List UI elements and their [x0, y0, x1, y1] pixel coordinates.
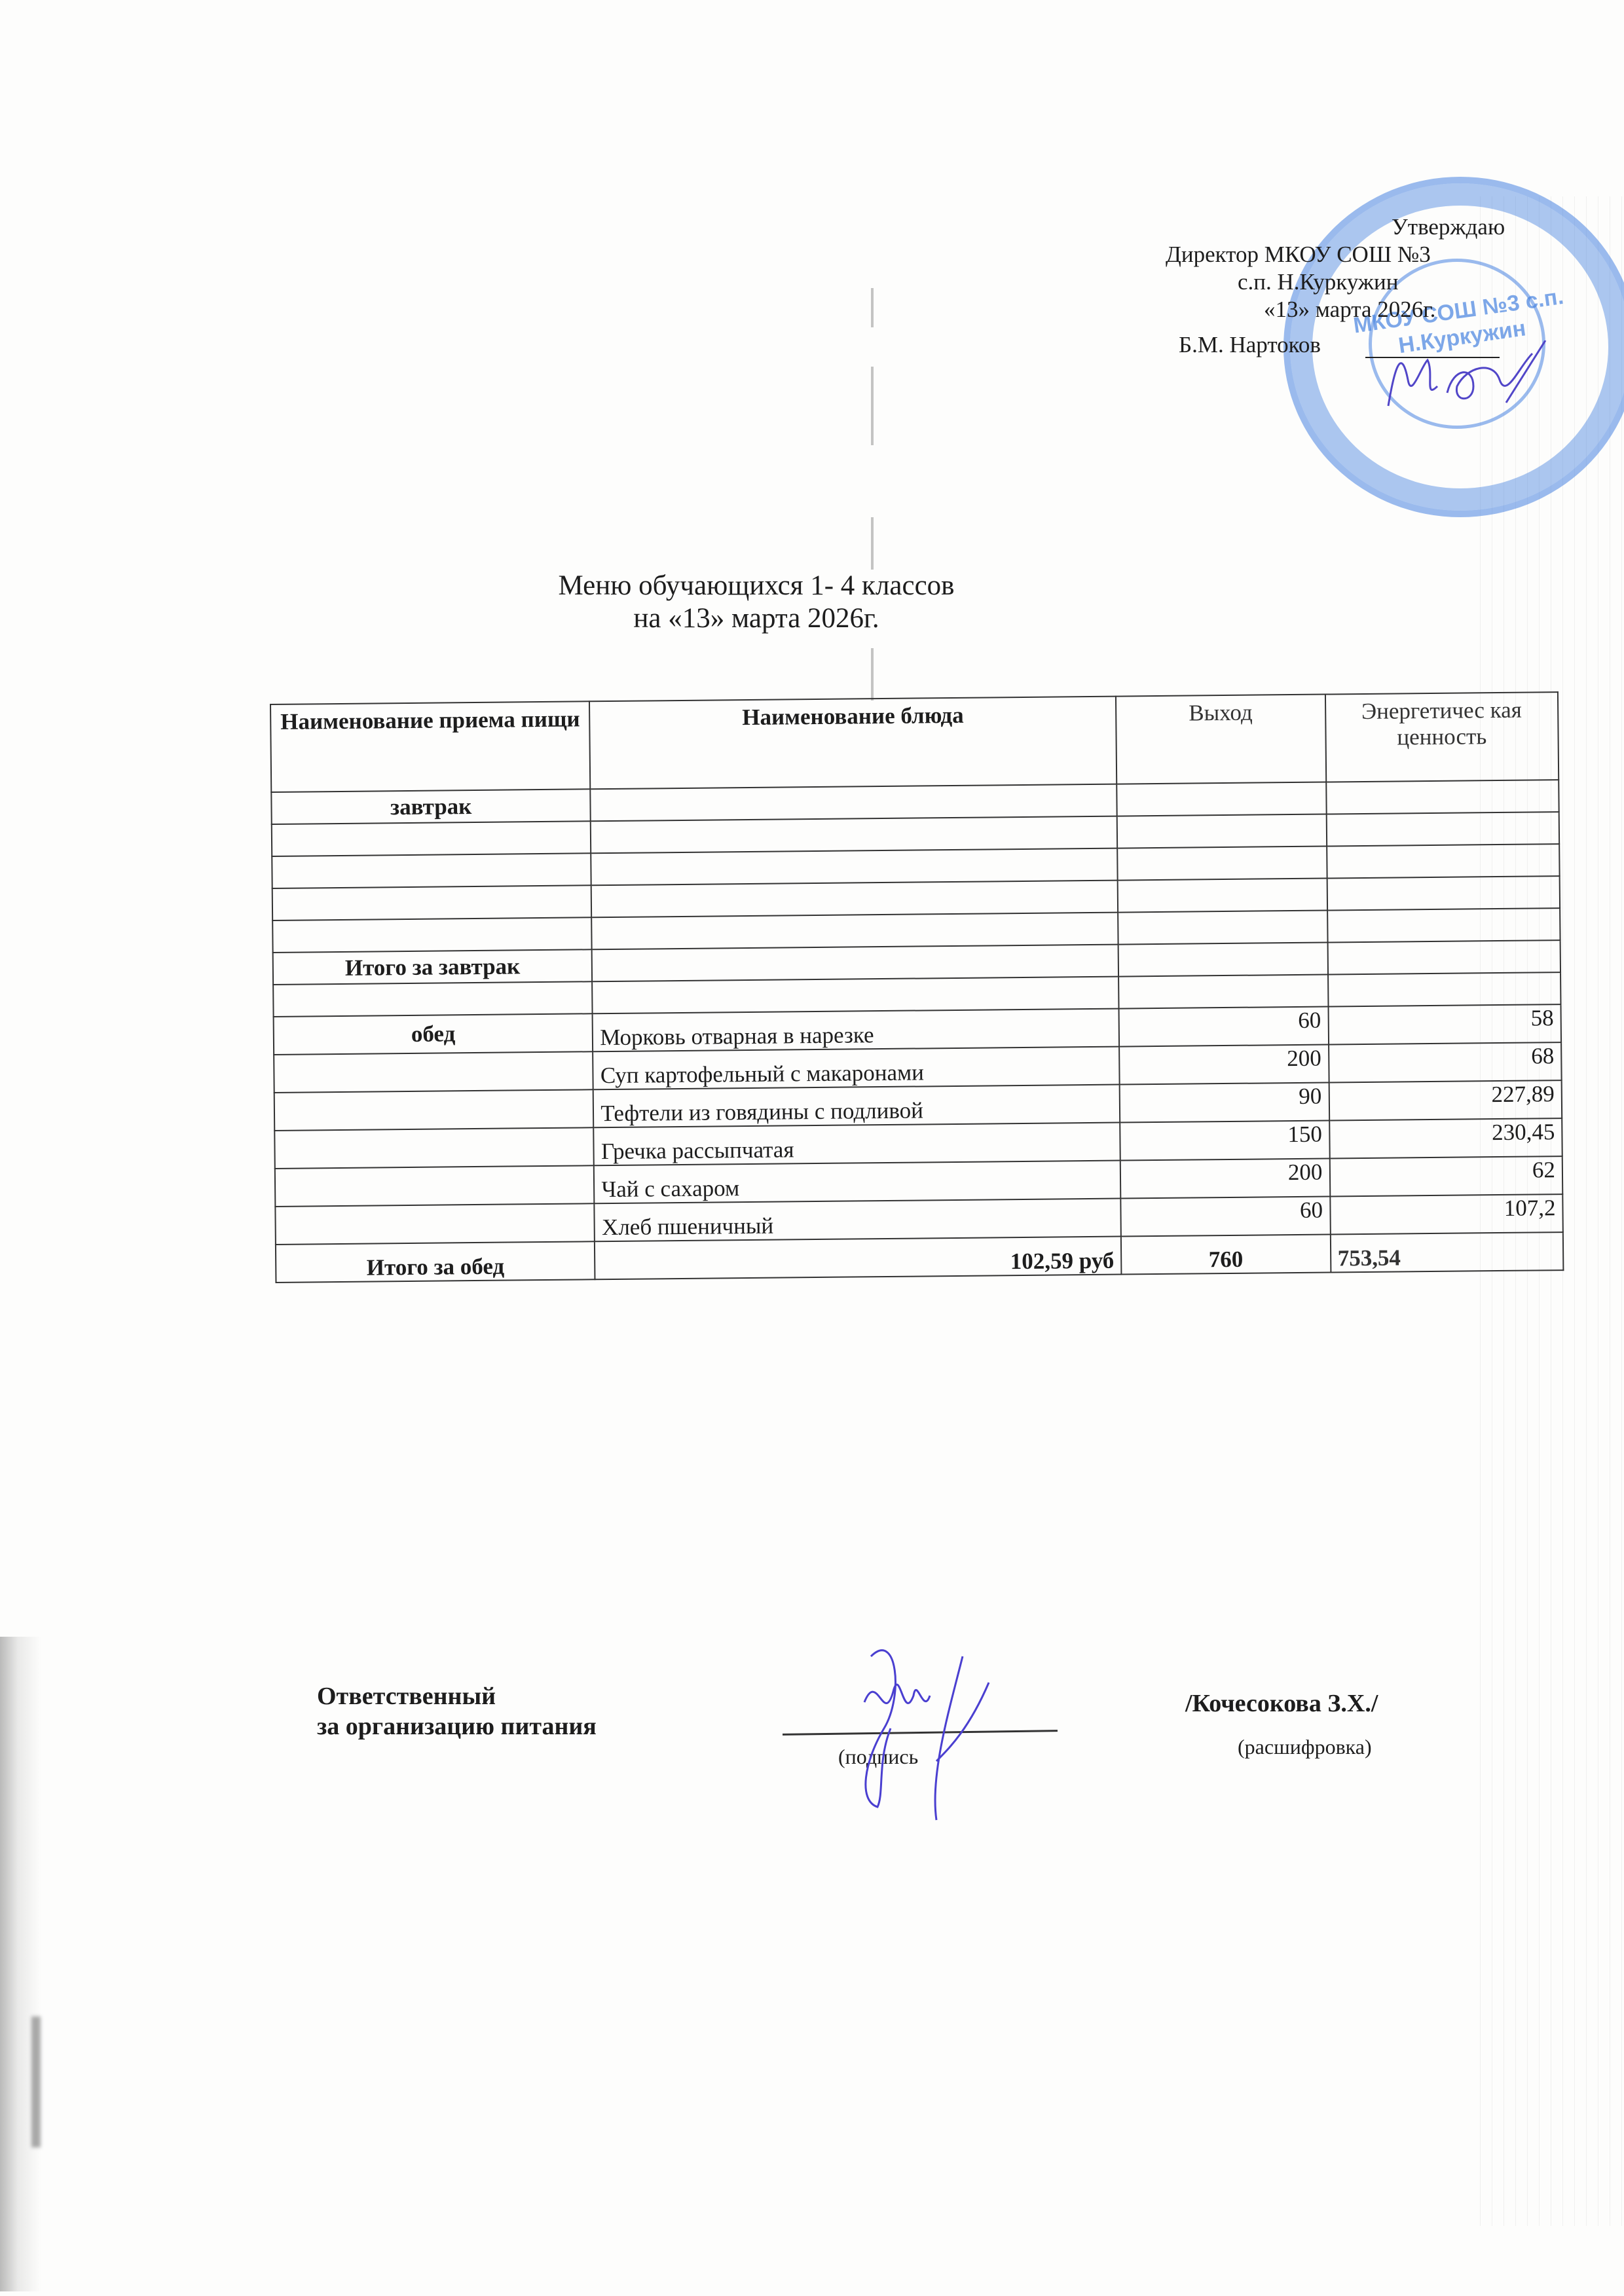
breakfast-total-output — [1118, 943, 1328, 977]
approval-locality: с.п. Н.Куркужин — [1238, 268, 1398, 296]
approval-position: Директор МКОУ СОШ №3 — [1166, 240, 1431, 268]
table-header-row: Наименование приема пищи Наименование бл… — [270, 692, 1559, 792]
header-output: Выход — [1116, 695, 1326, 784]
fold-mark — [871, 648, 874, 701]
meal-breakfast: завтрак — [271, 789, 591, 824]
lunch-total-energy: 753,54 — [1330, 1232, 1563, 1272]
breakfast-total-label: Итого за завтрак — [273, 949, 593, 985]
output-cell: 60 — [1119, 1007, 1329, 1047]
fold-mark — [871, 367, 874, 445]
energy-cell — [1327, 876, 1560, 910]
energy-cell: 58 — [1328, 1004, 1561, 1044]
responsible-label: Ответственный за организацию питания — [317, 1681, 597, 1741]
approval-signer: Б.М. Нартоков — [1179, 331, 1321, 359]
approval-heading: Утверждаю — [1392, 213, 1505, 241]
dish-cell — [591, 784, 1117, 822]
lunch-total-price: 102,59 руб — [595, 1237, 1121, 1280]
output-cell: 150 — [1120, 1121, 1329, 1161]
lunch-total-label: Итого за обед — [276, 1241, 595, 1283]
dish-cell — [592, 913, 1118, 950]
output-cell — [1117, 814, 1327, 848]
lunch-total-output: 760 — [1121, 1234, 1331, 1274]
fold-mark — [871, 517, 874, 570]
responsible-name: /Кочесокова З.Х./ — [1185, 1689, 1378, 1718]
dish-cell — [591, 816, 1117, 854]
responsible-signature — [838, 1630, 1061, 1827]
energy-cell — [1326, 780, 1559, 814]
energy-cell: 68 — [1329, 1042, 1562, 1082]
dish-cell: Тефтели из говядины с подливой — [593, 1085, 1120, 1128]
responsible-line2: за организацию питания — [317, 1711, 597, 1741]
scan-edge-shadow — [0, 1637, 59, 2291]
meal-lunch: обед — [274, 1013, 593, 1055]
dish-cell: Чай с сахаром — [594, 1161, 1120, 1204]
header-dish: Наименование блюда — [589, 697, 1116, 790]
energy-cell — [1326, 812, 1559, 846]
dish-cell: Хлеб пшеничный — [595, 1199, 1121, 1242]
header-meal: Наименование приема пищи — [270, 701, 591, 792]
output-cell — [1118, 879, 1327, 913]
fold-mark — [871, 288, 874, 327]
breakfast-total-price — [592, 945, 1118, 982]
energy-cell: 227,89 — [1329, 1080, 1562, 1120]
output-cell: 200 — [1120, 1158, 1330, 1198]
energy-cell: 62 — [1329, 1156, 1562, 1196]
output-cell: 60 — [1120, 1196, 1330, 1236]
energy-cell — [1327, 844, 1560, 878]
dish-cell — [591, 848, 1118, 886]
output-cell — [1118, 911, 1327, 945]
dish-cell: Суп картофельный с макаронами — [593, 1047, 1119, 1090]
breakfast-total-energy — [1327, 940, 1560, 974]
document-title: Меню обучающихся 1- 4 классов — [0, 570, 1568, 602]
energy-cell — [1327, 908, 1560, 942]
output-cell — [1116, 782, 1326, 816]
output-cell: 90 — [1120, 1083, 1329, 1123]
document-date: на «13» марта 2026г. — [0, 602, 1568, 635]
energy-cell: 107,2 — [1330, 1194, 1563, 1234]
output-cell — [1117, 847, 1327, 881]
name-caption: (расшифровка) — [1238, 1735, 1372, 1759]
energy-cell: 230,45 — [1329, 1118, 1562, 1158]
responsible-line1: Ответственный — [317, 1681, 597, 1711]
dish-cell: Гречка рассыпчатая — [594, 1123, 1120, 1166]
header-energy: Энергетичес кая ценность — [1325, 692, 1559, 782]
scan-edge-mark — [31, 2016, 41, 2147]
menu-table: Наименование приема пищи Наименование бл… — [270, 691, 1564, 1283]
approval-date: «13» марта 2026г. — [1264, 295, 1435, 323]
output-cell: 200 — [1119, 1045, 1329, 1085]
director-signature — [1375, 340, 1559, 419]
dish-cell — [591, 881, 1118, 918]
dish-cell: Морковь отварная в нарезке — [593, 1009, 1119, 1052]
